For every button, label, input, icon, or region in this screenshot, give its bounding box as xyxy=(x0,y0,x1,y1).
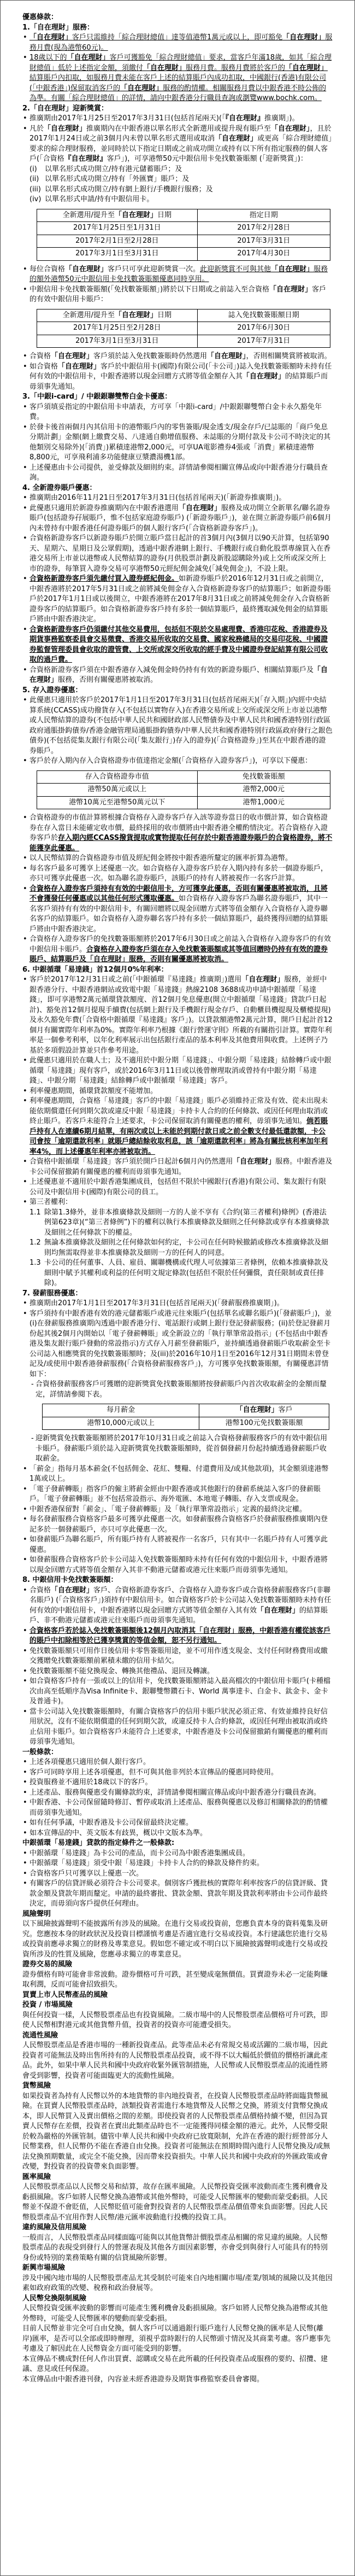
section-heading: 人民幣兌換限制風險 xyxy=(22,2294,333,2304)
table-cell: 指定日期 xyxy=(197,209,330,222)
bullet-marker: • xyxy=(23,285,27,295)
bullet-text: 每位合資格「自在理財」客戶只可享此迎新獎賞一次。此迎新獎賞不可與其他「自在理財」… xyxy=(29,265,333,285)
terms-table: 每月薪金「自在理財」客戶港幣10,000元或以上港幣100元免找數簽賬額 xyxy=(42,1404,329,1430)
bullet-text: 客戶須填妥指定的中銀信用卡申請表，方可享「中銀i-card」/中銀銀聯雙幣白金卡… xyxy=(29,402,333,423)
text-run: 「自在理財」 xyxy=(285,64,328,72)
text-run: 18歲以下的 xyxy=(29,54,67,62)
table-cell: 全新選用/提升至「自在理財」日期 xyxy=(37,209,198,222)
text-run: 每月薪金 xyxy=(106,1406,135,1414)
text-run: 「自在理財」 xyxy=(51,1586,93,1594)
bullet-marker: • xyxy=(23,1757,27,1768)
text-run: 推廣期由2017年1月25日至2017年3月31日(包括首尾兩天)(「 xyxy=(29,114,226,122)
table-cell: 每月薪金 xyxy=(43,1404,199,1417)
text-run: 合資格客戶只可獲享以上優惠一次。 xyxy=(29,1870,143,1878)
text-run: 優惠條款： xyxy=(22,13,58,21)
text-run: 「自在理財」 xyxy=(179,504,221,512)
bullet-item: •如發薪服務合資格客戶於卡公司誌入免找數簽賬額時未持有任何有效的中銀信用卡，中銀… xyxy=(22,1555,333,1575)
text-run: 「自在理財」 xyxy=(271,265,313,273)
text-run: 人民幣兌換限制風險 xyxy=(22,2294,86,2303)
text-run: 第三者權利： xyxy=(29,1198,72,1206)
bullet-marker: • xyxy=(23,1849,27,1859)
text-run: 迎新獎賞免找數簽賬額將於2017年10月31日或之前誌入合資格發薪服務客戶的有效… xyxy=(35,1434,327,1463)
bullet-item: •每名發薪服務合資格客戶最多可獲享此優惠一次。如發薪服務合資格客戶於發薪服務推廣… xyxy=(22,1515,333,1535)
bullet-marker: • xyxy=(23,124,27,135)
bullet-marker: • xyxy=(23,1535,27,1545)
bullet-text: 推廣期由2017年1月1日至2017年3月31日(包括首尾兩天)(「發薪服務推廣… xyxy=(29,1299,333,1309)
bullet-marker: • xyxy=(23,1157,27,1167)
bullet-marker: • xyxy=(23,493,27,504)
text-run: 2017年1月25日至1月31日 xyxy=(73,224,161,232)
terms-table: 全新選用/提升至「自在理財」日期誌入免找數簽賬額日期2017年1月25日至2月2… xyxy=(37,309,330,348)
paragraph: 如果投資者為持有人民幣以外的本地貨幣的非內地投資者，在投資人民幣股票產品時將面臨… xyxy=(22,2092,333,2172)
bullet-item: •上述產品、服務與優惠受有關條款約束，詳情請參閱相關宣傳品或向中銀香港分行職員查… xyxy=(22,1788,333,1798)
section-heading: 中銀循環「易達錢」貸款的指定條件之一般條款: xyxy=(22,1838,333,1849)
bullet-text: 投資服務並不適用於18歲以下的客戶。 xyxy=(29,1778,333,1788)
bullet-item: •於發卡後首兩個月內其信用卡的港幣賬戶內的零售簽賬/現金透支/現金存戶/已誌賬的… xyxy=(22,423,333,463)
list-item: 1.1除第1.3條外，並非本推廣條款及細則一方的人並不享有《合約(第三者權利)條… xyxy=(22,1208,333,1239)
bullet-text: 合資格新證券客戶須先繳付買入證券經紀佣金。如新證券賬戶於2016年12月31日或… xyxy=(29,574,333,625)
text-run: 客戶可同時享用上述各項優惠，但不可與其他非列於本宣傳品的優惠同時使用。 xyxy=(29,1768,278,1777)
text-run: 買賣上市人民幣產品的風險 xyxy=(22,1991,108,1999)
text-run: 中銀循環「易達錢」為卡公司的產品，而卡公司為中銀香港集團成員。 xyxy=(29,1849,250,1857)
bullet-marker: • xyxy=(23,1646,27,1657)
bullet-text: 合資格存入證券客戶須持有有效的中銀信用卡，方可獲享此優惠，否則有關優惠將被取消，… xyxy=(29,884,333,935)
section-heading: 風險聲明 xyxy=(22,1909,333,1920)
text-run: 「自在理財」 xyxy=(233,1158,275,1166)
text-run: 2017年6月30日 xyxy=(237,324,290,332)
text-run: 以單名形式成功開立/持有港元儲蓄賬戶；及 xyxy=(45,165,182,173)
item-text: 以單名形式成功開立/持有港元儲蓄賬戶；及 xyxy=(45,165,333,175)
bullet-item: •推廣期由2017年1月25日至2017年3月31日(包括首尾兩天)(「『自在理… xyxy=(22,114,333,124)
text-run: 8. 中銀信用卡免找數簽賬額： xyxy=(22,1576,118,1584)
item-label: (i) xyxy=(29,165,37,175)
paragraph: 人民幣股票產品以人民幣交易和結算，故存在匯率風險。人民幣投資受匯率波動而產生獲利… xyxy=(22,2182,333,2223)
text-run: 投資服務並不適用於18歲以下的客戶。 xyxy=(29,1778,152,1786)
bullet-item: •合資格新證券客戶仍須繳付其他交易費用，包括但不限於交易處理費、香港印花稅、香港… xyxy=(22,625,333,665)
text-run: 客戶須填妥指定的中銀信用卡申請表，方可享「中銀i-card」/中銀銀聯雙幣白金卡… xyxy=(29,403,322,422)
text-run: 2. xyxy=(22,104,30,113)
text-run: 推廣期由2017年1月1日至2017年3月31日(包括首尾兩天)(「發薪服務推廣… xyxy=(29,1299,284,1307)
paragraph: 以下風險披露聲明不能披露所有涉及的風險。在進行交易或投資前，您應負責本身的資料蒐… xyxy=(22,1919,333,1960)
bullet-text: 免找數簽賬額不能兌換現金、轉換其他禮品、退回及轉讓。 xyxy=(29,1667,333,1677)
text-run: 港幣10,000元或以上 xyxy=(87,1419,155,1427)
bullet-text: 以人民幣結算的合資格證券市值及經紀佣金將按中銀香港所釐定的匯率折算為港幣。 xyxy=(29,854,333,864)
bullet-item: •凡於「自在理財」推廣期內在中銀香港以單名形式全新選用或提升現有賬戶至「自在理財… xyxy=(22,124,333,165)
text-run: 7. 發薪服務優惠： xyxy=(22,1289,82,1298)
bullet-text: 如發薪賬戶為聯名賬戶，所有賬戶持有人將被視作一名客戶，只有其中一名賬戶持有人可獲… xyxy=(29,1535,333,1555)
bullet-item: •合資格新證券客戶以新證券賬戶於開立賬戶當日起計的首3個月內(3個月以90天計算… xyxy=(22,534,333,574)
bullet-item: •當卡公司誌入免找數簽賬額時，有關合資格客戶的信用卡賬戶狀況必須正常、有效並維持… xyxy=(22,1707,333,1748)
section-heading: 違約風險及信用風險 xyxy=(22,2223,333,2233)
bullet-marker: • xyxy=(23,114,27,124)
bullet-marker: • xyxy=(23,1505,27,1515)
table-cell: 2017年7月31日 xyxy=(197,335,330,348)
bullet-marker: • xyxy=(23,665,27,676)
text-run: 『自在理財』 xyxy=(226,114,265,122)
text-run: 如果投資者為持有人民幣以外的本地貨幣的非內地投資者，在投資人民幣股票產品時將面臨… xyxy=(22,2092,330,2171)
bullet-marker: • xyxy=(23,1096,27,1107)
bullet-item: •上述各項優惠只適用於個人銀行客戶。 xyxy=(22,1757,333,1768)
paragraph: 本宣傳品由中銀香港刊發，內容並未經香港證券及期貨事務監察委員會審閱。 xyxy=(22,2375,333,2385)
text-run: 人民幣股票產品是香港市場的一種新投資產品。此等產品未必有常規交易或活躍的二級市場… xyxy=(22,2041,328,2080)
text-run: 中銀信用卡免找數簽賬額(「免找數簽賬額」)將於以下日期或之前誌入至合資格 xyxy=(29,285,269,294)
bullet-item: •推廣期由2016年11月21日至2017年3月31日(包括首尾兩天)(「新證券… xyxy=(22,493,333,504)
section-heading: 買賣上市人民幣產品的風險 xyxy=(22,1990,333,2001)
bullet-marker: • xyxy=(23,402,27,413)
text-run: 證券交易的風險 xyxy=(22,1960,72,1968)
text-run: 「自在理財」 xyxy=(115,211,157,219)
text-run: 如發薪服務合資格客戶於卡公司誌入免找數簽賬額時未持有任何有效的中銀信用卡，中銀香… xyxy=(29,1556,328,1574)
text-run: 「自在理財」 xyxy=(58,363,100,371)
table-cell: 2017年6月30日 xyxy=(197,322,330,335)
bullet-text: 利率優惠期間，合資格「易達錢」客戶的中銀「易達錢」賬戶必須維持正常及有效、從未出… xyxy=(29,1096,333,1157)
text-run: 服務，並經中銀香港分行、中銀香港網站或致電中銀「易達錢」熱線2108 3688成… xyxy=(29,976,333,1055)
bullet-marker: • xyxy=(23,813,27,823)
section-heading: 2.「自在理財」迎新獎賞： xyxy=(22,104,333,114)
text-run: 2017年7月31日 xyxy=(237,337,290,345)
text-run: 中銀香港保留對「薪金」、「電子發薪轉賬」及「執行單筆常設指示」定義的最終決定權。 xyxy=(29,1505,306,1514)
text-run: 「自在理財」 xyxy=(207,352,246,360)
bullet-item: •如有任何爭議，中銀香港及卡公司保留最終決定權。 xyxy=(22,1818,333,1829)
text-run: 「自在理財」 xyxy=(29,33,72,42)
bullet-marker: • xyxy=(23,625,27,635)
item-label: (ii) xyxy=(29,174,39,185)
text-run: 新興市場風險 xyxy=(22,2264,65,2272)
text-run: 港幣10萬元至港幣50萬元以下 xyxy=(69,798,165,807)
bullet-text: 上述各項優惠只適用於個人銀行客戶。 xyxy=(29,1757,333,1768)
bullet-text: 中銀循環「易達錢」為卡公司的產品，而卡公司為中銀香港集團成員。 xyxy=(29,1849,333,1859)
text-run: 港幣50萬元或以上 xyxy=(88,785,147,793)
item-text: 以單名形式申請/持有中銀信用卡。 xyxy=(45,195,333,205)
table-cell: 2017年2月28日 xyxy=(197,222,330,235)
bullet-item: •中銀循環「易達錢」為卡公司的產品，而卡公司為中銀香港集團成員。 xyxy=(22,1849,333,1859)
text-run: 誌入免找數簽賬額日期 xyxy=(228,311,299,319)
text-run: 港幣2,000元 xyxy=(243,785,285,793)
section-heading: 貨幣風險 xyxy=(22,2081,333,2092)
bullet-item: •利率優惠期間，合資格「易達錢」客戶的中銀「易達錢」賬戶必須維持正常及有效、從未… xyxy=(22,1096,333,1157)
text-run: 合資格新證券客戶須先繳付買入證券經紀佣金。 xyxy=(29,575,179,583)
text-run: 當卡公司誌入免找數簽賬額時，有關合資格客戶的信用卡賬戶狀況必須正常、有效並維持良… xyxy=(29,1708,328,1746)
bullet-marker: • xyxy=(23,854,27,864)
section-heading: 流通性風險 xyxy=(22,2031,333,2041)
bullet-text: 於發卡後首兩個月內其信用卡的港幣賬戶內的零售簽賬/現金透支/現金存戶/已誌賬的「… xyxy=(29,423,333,463)
bullet-text: 上述優惠由卡公司提供，並受條款及細則約束。詳情請參閱相關宣傳品或向中銀香港分行職… xyxy=(29,463,333,483)
text-run: 客戶於存入期內存入合資格證券市值達指定金額(「合資格存入證券客戶」)，可享以下優… xyxy=(29,757,312,765)
bullet-item: •「自在理財」客戶只需維持「綜合理財總值」達等值港幣1萬元或以上，即可豁免「自在… xyxy=(22,33,333,53)
bullet-text: 此優惠只適用於客戶於2017年1月1日至2017年3月31日(包括首尾兩天)(「… xyxy=(29,696,333,756)
text-run: 「自在理財」 xyxy=(120,84,163,92)
bullet-item: •合資格證券的市值計算將根據合資格存入證券客戶存入該等證券當日的收市價計算，如合… xyxy=(22,813,333,854)
text-run: 「自在理財」 xyxy=(51,352,93,360)
table-row: 港幣10,000元或以上港幣100元免找數簽賬額 xyxy=(43,1417,329,1430)
paragraph: 人民幣股票產品是香港市場的一種新投資產品。此等產品未必有常規交易或活躍的二級市場… xyxy=(22,2041,333,2081)
bullet-marker: • xyxy=(23,884,27,895)
bullet-item: •如發薪賬戶為聯名賬戶，所有賬戶持有人將被視作一名客戶，只有其中一名賬戶持有人可… xyxy=(22,1535,333,1555)
text-run: 「自在理財」 xyxy=(215,135,257,143)
text-run: 合資格 xyxy=(29,1586,51,1594)
text-run: 以下風險披露聲明不能披露所有涉及的風險。在進行交易或投資前，您應負責本身的資料蒐… xyxy=(22,1920,328,1959)
text-run: 每名發薪服務合資格客戶最多可獲享此優惠一次。如發薪服務合資格客戶於發薪服務推廣期… xyxy=(29,1515,328,1534)
bullet-text: 18歲以下的「自在理財」客戶可獲豁免「綜合理財總值」要求，當客戶年滿18歲，如其… xyxy=(29,53,333,104)
text-run: 「自在理財」 xyxy=(86,955,129,963)
dash-marker: - xyxy=(31,1434,34,1444)
text-run: 違約風險及信用風險 xyxy=(22,2223,86,2232)
text-run: 「自在理財」 xyxy=(271,125,310,133)
text-run: 指定日期 xyxy=(250,211,278,219)
text-run: 服務： xyxy=(73,24,94,32)
bullet-item: •「薪金」指每月基本薪金(不包括佣金、花紅、雙糧、付還費用及/或其他款項)，其金… xyxy=(22,1464,333,1485)
table-cell: 港幣10萬元至港幣50萬元以下 xyxy=(37,796,198,809)
text-run: 涉及中國內地市場的人民幣股票產品尤其受制於可能來自內地相關市場/產業/領域的風險… xyxy=(22,2274,333,2293)
text-run: 中銀香港、卡公司保留隨時修訂、暫停或取消上述產品、服務與優惠以及修訂相關條款的酌… xyxy=(29,1798,328,1817)
text-run: 除第1.3條外，並非本推廣條款及細則一方的人並不享有《合約(第三者權利)條例》(… xyxy=(44,1208,329,1237)
bullet-text: 合資格客戶只可獲享以上優惠一次。 xyxy=(29,1869,333,1879)
dash-text: 迎新獎賞免找數簽賬額將於2017年10月31日或之前誌入合資格發薪服務客戶的有效… xyxy=(35,1434,333,1464)
bullet-marker: • xyxy=(23,975,27,985)
text-run: 有關客戶的信貸評級必須符合卡公司要求。個別客戶獲批核的實際年利率按客戶的信貸評級… xyxy=(29,1879,328,1908)
bullet-text: 如本宣傳品的中、英文版本有歧異，概以中文版本為準。 xyxy=(29,1829,333,1839)
text-run: 2017年4月30日 xyxy=(237,249,290,258)
paragraph: 本宣傳品不構成對任何人作出買賣、認購或交易在此所載的任何投資產品或服務的要約、招… xyxy=(22,2355,333,2375)
bullet-text: 推廣期由2017年1月25日至2017年3月31日(包括首尾兩天)(「『自在理財… xyxy=(29,114,333,124)
list-item: (iii)以單名形式成功開立/持有網上銀行/手機銀行服務；及 xyxy=(22,185,333,195)
text-run: 存入合資格證券市值 xyxy=(85,773,149,781)
paragraph: 與任何投資一樣，人民幣股票產品也有投資風險。二級市場中的人民幣股票產品價格可升可… xyxy=(22,2011,333,2031)
bullet-marker: • xyxy=(23,1788,27,1798)
text-run: 中銀循環「易達錢」貸款的指定條件之一般條款: xyxy=(22,1839,174,1847)
text-run: 「自在理財」 xyxy=(30,24,73,32)
text-run: 以人民幣結算的合資格證券市值及經紀佣金將按中銀香港所釐定的匯率折算為港幣。 xyxy=(29,854,292,862)
bullet-marker: • xyxy=(23,1778,27,1788)
bullet-text: 如合資格「自在理財」客戶於中銀信用卡(國際)有限公司(「卡公司」)誌入免找數簽賬… xyxy=(29,362,333,393)
item-label: (iv) xyxy=(29,195,41,205)
text-run: 本宣傳品不構成對任何人作出買賣、認購或交易在此所載的任何投資產品或服務的要約、招… xyxy=(22,2355,328,2374)
item-label: 1.2 xyxy=(29,1238,41,1248)
bullet-text: 「薪金」指每月基本薪金(不包括佣金、花紅、雙糧、付還費用及/或其他款項)，其金額… xyxy=(29,1464,333,1485)
text-run: 「自在理財」 xyxy=(143,64,186,72)
paragraph: 證券價格有時可能會非常波動。證券價格可升可跌，甚至變成毫無價值。買賣證券未必一定… xyxy=(22,1970,333,1990)
text-run: 中銀循環「易達錢」須受中銀「易達錢」卡持卡人合約的條款及條件約束。 xyxy=(29,1859,264,1867)
text-run: 『自在理財』 xyxy=(64,155,107,163)
bullet-item: •18歲以下的「自在理財」客戶可獲豁免「綜合理財總值」要求，當客戶年滿18歲，如… xyxy=(22,53,333,104)
text-run: 凡於 xyxy=(29,125,44,133)
bullet-text: 客戶須持有中銀香港有效的港元儲蓄賬戶或港元往來賬戶(包括單名或聯名賬戶)(「發薪… xyxy=(29,1309,333,1380)
text-run: 客戶 xyxy=(279,1406,293,1414)
bullet-text: 客戶可同時享用上述各項優惠，但不可與其他非列於本宣傳品的優惠同時使用。 xyxy=(29,1768,333,1778)
bullet-item: •客戶須填妥指定的中銀信用卡申請表，方可享「中銀i-card」/中銀銀聯雙幣白金… xyxy=(22,402,333,423)
text-run: 客戶於2017年12月31日或之前(「中銀循環『易達錢』推廣期」)選用 xyxy=(29,976,241,984)
text-run: 2017年3月1日至3月31日 xyxy=(75,337,158,345)
bullet-marker: • xyxy=(23,1485,27,1495)
bullet-text: 合資格中銀循環「易達錢」客戶須於開戶日起計6個月內仍然選用「自在理財」服務。中銀… xyxy=(29,1157,333,1177)
bullet-marker: • xyxy=(23,1056,27,1066)
paragraph: 涉及中國內地市場的人民幣股票產品尤其受制於可能來自內地相關市場/產業/領域的風險… xyxy=(22,2274,333,2294)
bullet-text: 如有任何爭議，中銀香港及卡公司保留最終決定權。 xyxy=(29,1818,333,1829)
bullet-marker: • xyxy=(23,934,27,945)
bullet-marker: • xyxy=(23,1829,27,1839)
text-run: 如合資格客戶持有一張或以上的信用卡，免找數簽賬額將誌入最高檔次的中銀信用卡賬戶(… xyxy=(29,1677,330,1705)
text-run: 合資格中銀循環「易達錢」客戶須於開戶日起計6個月內仍然選用 xyxy=(29,1158,233,1166)
table-row: 港幣50萬元或以上港幣2,000元 xyxy=(37,784,330,797)
table-cell: 2017年4月30日 xyxy=(197,248,330,261)
text-run: 上述產品、服務與優惠受有關條款約束，詳情請參閱相關宣傳品或向中銀香港分行職員查詢… xyxy=(29,1789,321,1797)
text-run: 「自在理財」 xyxy=(115,311,157,319)
section-heading: 優惠條款： xyxy=(22,13,333,23)
text-run: 免找數簽賬額 xyxy=(242,773,285,781)
section-heading: 8. 中銀信用卡免找數簽賬額： xyxy=(22,1575,333,1586)
table-cell: 2017年2月1日至2月28日 xyxy=(37,235,198,248)
text-run: 貨幣風險 xyxy=(22,2082,51,2090)
bullet-item: •合資格存入證券客戶須持有有效的中銀信用卡，方可獲享此優惠，否則有關優惠將被取消… xyxy=(22,884,333,935)
terms-table: 存入合資格證券市值免找數簽賬額港幣50萬元或以上港幣2,000元港幣10萬元至港… xyxy=(37,770,330,810)
text-run: 2017年1月25日至2月28日 xyxy=(73,324,161,332)
text-run: 人民幣股票產品以人民幣交易和結算，故存在匯率風險。人民幣投資受匯率波動而產生獲利… xyxy=(22,2183,328,2222)
text-run: 此優惠只適用於在職人士；及不適用於中銀分期「易達錢」、中銀分期「易達錢」結餘轉戶… xyxy=(29,1056,332,1085)
section-heading: 投資 / 市場風險 xyxy=(22,2000,333,2011)
text-run: 1. xyxy=(22,24,30,32)
paragraph: 目前人民幣並非完全可自由兌換，個人客戶可以通過銀行賬戶進行人民幣兌換的匯率是人民… xyxy=(22,2324,333,2355)
text-run: 免找數簽賬額不能兌換現金、轉換其他禮品、退回及轉讓。 xyxy=(29,1667,214,1675)
bullet-item: •合資格客戶只可獲享以上優惠一次。 xyxy=(22,1869,333,1879)
text-run: 此迎新獎賞不可與其他 xyxy=(200,265,271,273)
text-run: 證券價格有時可能會非常波動。證券價格可升可跌，甚至變成毫無價值。買賣證券未必一定… xyxy=(22,1971,328,1989)
text-run: 「自在理財」 xyxy=(30,104,73,113)
bullet-item: •合資格中銀循環「易達錢」客戶須於開戶日起計6個月內仍然選用「自在理財」服務。中… xyxy=(22,1157,333,1177)
bullet-item: •此優惠只適用於客戶於2017年1月1日至2017年3月31日(包括首尾兩天)(… xyxy=(22,696,333,756)
section-heading: 一般條款： xyxy=(22,1748,333,1758)
text-run: 「自在理財」 xyxy=(65,265,108,273)
bullet-text: 上述產品、服務與優惠受有關條款約束，詳情請參閱相關宣傳品或向中銀香港分行職員查詢… xyxy=(29,1788,333,1798)
text-run: 「自在理財」 xyxy=(236,1406,279,1414)
bullet-marker: • xyxy=(23,864,27,874)
bullet-text: 合資格新證券客戶以新證券賬戶於開立賬戶當日起計的首3個月內(3個月以90天計算，… xyxy=(29,534,333,574)
text-run: 一般而言，人民幣股票產品同樣面臨可能與以其他貨幣計價股票產品相關的常見違約風險。… xyxy=(22,2234,328,2262)
bullet-text: 合資格客戶若於誌入免找數簽賬額後12個月內取消其「自在理財」服務，中銀香港有權從… xyxy=(29,1626,333,1646)
bullet-item: •客戶須持有中銀香港有效的港元儲蓄賬戶或港元往來賬戶(包括單名或聯名賬戶)(「發… xyxy=(22,1309,333,1380)
bullet-item: •此優惠只適用於新證券推廣期內在中銀香港選用「自在理財」服務及成功開立全新單名/… xyxy=(22,504,333,534)
section-heading: 匯率風險 xyxy=(22,2172,333,2183)
text-run: 「電子發薪轉賬」指客戶的僱主將薪金經由中銀香港或其他銀行的發薪系統誌入客戶的發薪… xyxy=(29,1485,321,1504)
bullet-text: 此優惠只適用於在職人士；及不適用於中銀分期「易達錢」、中銀分期「易達錢」結餘轉戶… xyxy=(29,1056,333,1087)
table-cell: 港幣2,000元 xyxy=(197,784,330,797)
table-cell: 「自在理財」客戶 xyxy=(199,1404,329,1417)
bullet-item: •利率優惠期間，循環貸款額度不能增加。 xyxy=(22,1087,333,1097)
text-run: 存入期內經CCASS撥貨提取或實物提取任何存於中銀香港證券賬戶的合資格證券，將不… xyxy=(29,834,332,852)
bullet-item: •上述優惠由卡公司提供，並受條款及細則約束。詳情請參閱相關宣傳品或向中銀香港分行… xyxy=(22,463,333,483)
bullet-text: 中銀香港保留對「薪金」、「電子發薪轉賬」及「執行單筆常設指示」定義的最終決定權。 xyxy=(29,1505,333,1515)
bullet-item: •客戶於存入期內存入合資格證券市值達指定金額(「合資格存入證券客戶」)，可享以下… xyxy=(22,756,333,767)
text-run: 卡公司的任何董事、人員、雇員、關聯機構或代理人可依據第三者條例，依賴本推廣條款及… xyxy=(44,1259,328,1287)
table-cell: 港幣10,000元或以上 xyxy=(43,1417,199,1430)
text-run: 此優惠只適用於新證券推廣期內在中銀香港選用 xyxy=(29,504,179,512)
bullet-item: •投資服務並不適用於18歲以下的客戶。 xyxy=(22,1778,333,1788)
table-cell: 港幣100元免找數簽賬額 xyxy=(199,1417,329,1430)
bullet-marker: • xyxy=(23,756,27,767)
bullet-item: •如合資格「自在理財」客戶於中銀信用卡(國際)有限公司(「卡公司」)誌入免找數簽… xyxy=(22,362,333,393)
text-run: 迎新獎賞： xyxy=(73,104,108,113)
text-run: 上述優惠由卡公司提供，並受條款及細則約束。詳情請參閱相關宣傳品或向中銀香港分行職… xyxy=(29,464,328,482)
bullet-item: •每名客戶最多可獲享上述優惠一次。如合資格存入證券客戶於存入期內持有多於一個證券… xyxy=(22,864,333,884)
text-run: 如發薪賬戶為聯名賬戶，所有賬戶持有人將被視作一名客戶，只有其中一名賬戶持有人可獲… xyxy=(29,1535,328,1554)
item-text: 無論本推廣條款及細則之任何條款如何約定，卡公司在任何時候撤銷或修改本推廣條款及細… xyxy=(44,1238,333,1258)
item-label: 1.3 xyxy=(29,1258,41,1269)
bullet-marker: • xyxy=(23,1707,27,1718)
text-run: 匯率風險 xyxy=(22,2173,51,2181)
text-run: 此優惠只適用於客戶於2017年1月1日至2017年3月31日(包括首尾兩天)(「… xyxy=(29,696,333,755)
table-row: 2017年1月25日至1月31日2017年2月28日 xyxy=(37,222,330,235)
bullet-marker: • xyxy=(23,265,27,275)
text-run: 利率優惠期間，循環貸款額度不能增加。 xyxy=(29,1087,157,1095)
list-item: 1.3卡公司的任何董事、人員、雇員、關聯機構或代理人可依據第三者條例，依賴本推廣… xyxy=(22,1258,333,1289)
bullet-item: •合資格客戶若於誌入免找數簽賬額後12個月內取消其「自在理財」服務，中銀香港有權… xyxy=(22,1626,333,1646)
item-text: 除第1.3條外，並非本推廣條款及細則一方的人並不享有《合約(第三者權利)條例》(… xyxy=(44,1208,333,1239)
bullet-marker: • xyxy=(23,574,27,585)
table-cell: 全新選用/提升至「自在理財」日期 xyxy=(37,309,198,322)
dash-item: -合資格發薪服務客戶可獲贈的迎新獎賞免找數簽賬額將按發薪賬戶內首次收取薪金的金額… xyxy=(22,1380,333,1400)
bullet-marker: • xyxy=(23,352,27,362)
text-run: ，否則相關獎賞將被取消。 xyxy=(246,352,332,360)
text-run: 服務，否則有關優惠將被取消。 xyxy=(129,955,228,963)
bullet-text: 客戶於2017年12月31日或之前(「中銀循環『易達錢』推廣期」)選用「自在理財… xyxy=(29,975,333,1056)
text-run: 推廣期內在中銀香港以單名形式全新選用或提升現有賬戶至 xyxy=(86,125,271,133)
paragraph: 人民幣投資受匯率波動的影響而可能產生獲利機會及虧損風險。客戶如將人民幣兌換為港幣… xyxy=(22,2304,333,2324)
text-run: 免找數簽賬額只可用作日後信用卡零售簽賬用途，並不可用作透支現金、支付任何財務費用… xyxy=(29,1647,328,1666)
table-row: 2017年3月1日至3月31日2017年4月30日 xyxy=(37,248,330,261)
text-run: 合資格新證券客戶以新證券賬戶於開立賬戶當日起計的首3個月內(3個月以90天計算，… xyxy=(29,534,330,573)
bullet-item: •免找數簽賬額只可用作日後信用卡零售簽賬用途，並不可用作透支現金、支付任何財務費… xyxy=(22,1646,333,1667)
bullet-marker: • xyxy=(23,1879,27,1889)
text-run: 流通性風險 xyxy=(22,2031,58,2040)
bullet-item: •每位合資格「自在理財」客戶只可享此迎新獎賞一次。此迎新獎賞不可與其他「自在理財… xyxy=(22,265,333,285)
bullet-item: •上述優惠並不適用於中銀香港集團成員，包括但不限於中國銀行(香港)有限公司、集友… xyxy=(22,1177,333,1198)
bullet-item: •此優惠只適用於在職人士；及不適用於中銀分期「易達錢」、中銀分期「易達錢」結餘轉… xyxy=(22,1056,333,1087)
table-cell: 2017年3月1日至3月31日 xyxy=(37,335,198,348)
document-body: 優惠條款：1.「自在理財」服務：•「自在理財」客戶只需維持「綜合理財總值」達等值… xyxy=(22,13,333,2385)
bullet-marker: • xyxy=(23,1859,27,1869)
text-run: 本宣傳品由中銀香港刊發，內容並未經香港證券及期貨事務監察委員會審閱。 xyxy=(22,2375,264,2384)
table-cell: 2017年1月25日至2月28日 xyxy=(37,322,198,335)
bullet-text: 推廣期由2016年11月21日至2017年3月31日(包括首尾兩天)(「新證券推… xyxy=(29,493,333,504)
table-cell: 存入合資格證券市值 xyxy=(37,770,198,784)
text-run: 合資格新證券客戶仍須繳付其他交易費用，包括但不限於交易處理費、香港印花稅、香港證… xyxy=(29,626,328,664)
bullet-text: 如合資格客戶持有一張或以上的信用卡，免找數簽賬額將誌入最高檔次的中銀信用卡賬戶(… xyxy=(29,1677,333,1707)
text-run: 客戶」)，可享港幣50元中銀信用卡免找數簽賬額 (「迎新獎賞」)： xyxy=(107,155,307,163)
bullet-marker: • xyxy=(23,1309,27,1319)
terms-table: 全新選用/提升至「自在理財」日期指定日期2017年1月25日至1月31日2017… xyxy=(37,209,330,261)
text-run: 6. 中銀循環「易達錢」首12個月0%年利率： xyxy=(22,966,168,974)
section-heading: 1.「自在理財」服務： xyxy=(22,23,333,33)
bullet-text: 凡於「自在理財」推廣期內在中銀香港以單名形式全新選用或提升現有賬戶至「自在理財」… xyxy=(29,124,333,165)
bullet-item: •合資格新證券客戶須在中銀香港存入減免佣金時仍持有有效的新證券賬戶、相關結算賬戶… xyxy=(22,665,333,686)
dash-marker: - xyxy=(31,1380,34,1390)
text-run: 合資格 xyxy=(29,352,51,360)
table-row: 2017年1月25日至2月28日2017年6月30日 xyxy=(37,322,330,335)
text-run: 如合資格 xyxy=(29,363,58,371)
bullet-item: •中銀信用卡免找數簽賬額(「免找數簽賬額」)將於以下日期或之前誌入至合資格「自在… xyxy=(22,285,333,305)
text-run: 港幣1,000元 xyxy=(243,798,285,807)
bullet-text: 中銀循環「易達錢」須受中銀「易達錢」卡持卡人合約的條款及條件約束。 xyxy=(29,1859,333,1869)
bullet-marker: • xyxy=(23,1464,27,1475)
bullet-marker: • xyxy=(23,1087,27,1097)
bullet-text: 如發薪服務合資格客戶於卡公司誌入免找數簽賬額時未持有任何有效的中銀信用卡，中銀香… xyxy=(29,1555,333,1575)
bullet-text: 此優惠只適用於新證券推廣期內在中銀香港選用「自在理財」服務及成功開立全新單名/聯… xyxy=(29,504,333,534)
text-run: 全新選用/提升至 xyxy=(63,311,115,319)
bullet-text: 中銀信用卡免找數簽賬額(「免找數簽賬額」)將於以下日期或之前誌入至合資格「自在理… xyxy=(29,285,333,305)
section-heading: 4. 全新證券賬戶優惠： xyxy=(22,483,333,494)
text-run: 目前人民幣並非完全可自由兌換，個人客戶可以通過銀行賬戶進行人民幣兌換的匯率是人民… xyxy=(22,2324,330,2353)
text-run: 服務月費。服務月費將於客戶的 xyxy=(186,64,285,72)
bullet-marker: • xyxy=(23,463,27,474)
